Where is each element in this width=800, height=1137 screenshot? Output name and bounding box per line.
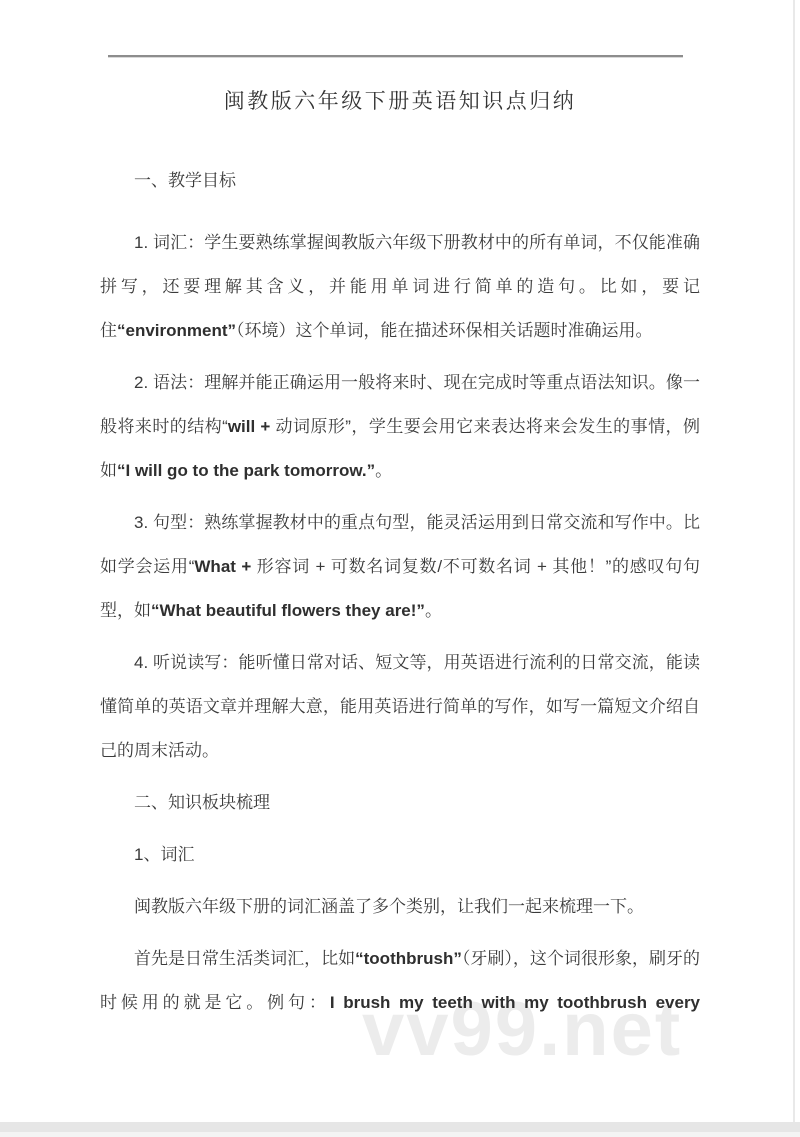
text-run: 4. 听说读写：能听懂日常对话、短文等，用英语进行流利的日常交流，能读懂简单的英… [100, 653, 700, 760]
paragraph-grammar-goal: 2. 语法：理解并能正确运用一般将来时、现在完成时等重点语法知识。像一般将来时的… [100, 361, 700, 493]
keyword-what-structure: What + [194, 557, 251, 576]
paragraph-vocabulary-goal: 1. 词汇：学生要熟练掌握闽教版六年级下册教材中的所有单词，不仅能准确拼写，还要… [100, 221, 700, 353]
text-run: （环境）这个单词，能在描述环保相关话题时准确运用。 [236, 321, 653, 340]
subsection-heading-vocabulary: 1、词汇 [100, 833, 700, 877]
paragraph-daily-life-words: 首先是日常生活类词汇，比如“toothbrush”（牙刷），这个词很形象，刷牙的… [100, 937, 700, 1025]
document-title: 闽教版六年级下册英语知识点归纳 [100, 0, 700, 115]
text-run: 。 [375, 461, 392, 480]
example-sentence-what: “What beautiful flowers they are!” [151, 601, 425, 620]
keyword-environment: “environment” [117, 321, 236, 340]
paragraph-sentence-pattern-goal: 3. 句型：熟练掌握教材中的重点句型，能灵活运用到日常交流和写作中。比如学会运用… [100, 501, 700, 633]
keyword-will-structure: will + [228, 417, 271, 436]
text-run: 。 [425, 601, 442, 620]
document-page: vv99.net 闽教版六年级下册英语知识点归纳 一、教学目标 1. 词汇：学生… [0, 0, 800, 1137]
page-right-edge [793, 0, 795, 1122]
keyword-toothbrush: “toothbrush” [355, 949, 462, 968]
text-run: 闽教版六年级下册的词汇涵盖了多个类别，让我们一起来梳理一下。 [134, 897, 644, 916]
text-run: 首先是日常生活类词汇，比如 [134, 949, 355, 968]
document-body: 闽教版六年级下册英语知识点归纳 一、教学目标 1. 词汇：学生要熟练掌握闽教版六… [100, 0, 700, 1033]
paragraph-listening-speaking-goal: 4. 听说读写：能听懂日常对话、短文等，用英语进行流利的日常交流，能读懂简单的英… [100, 641, 700, 773]
section-heading-teaching-goals: 一、教学目标 [100, 159, 700, 203]
page-bottom-strip [0, 1122, 800, 1137]
section-heading-knowledge-blocks: 二、知识板块梳理 [100, 781, 700, 825]
example-sentence-will: “I will go to the park tomorrow.” [117, 461, 375, 480]
paragraph-vocab-intro: 闽教版六年级下册的词汇涵盖了多个类别，让我们一起来梳理一下。 [100, 885, 700, 929]
